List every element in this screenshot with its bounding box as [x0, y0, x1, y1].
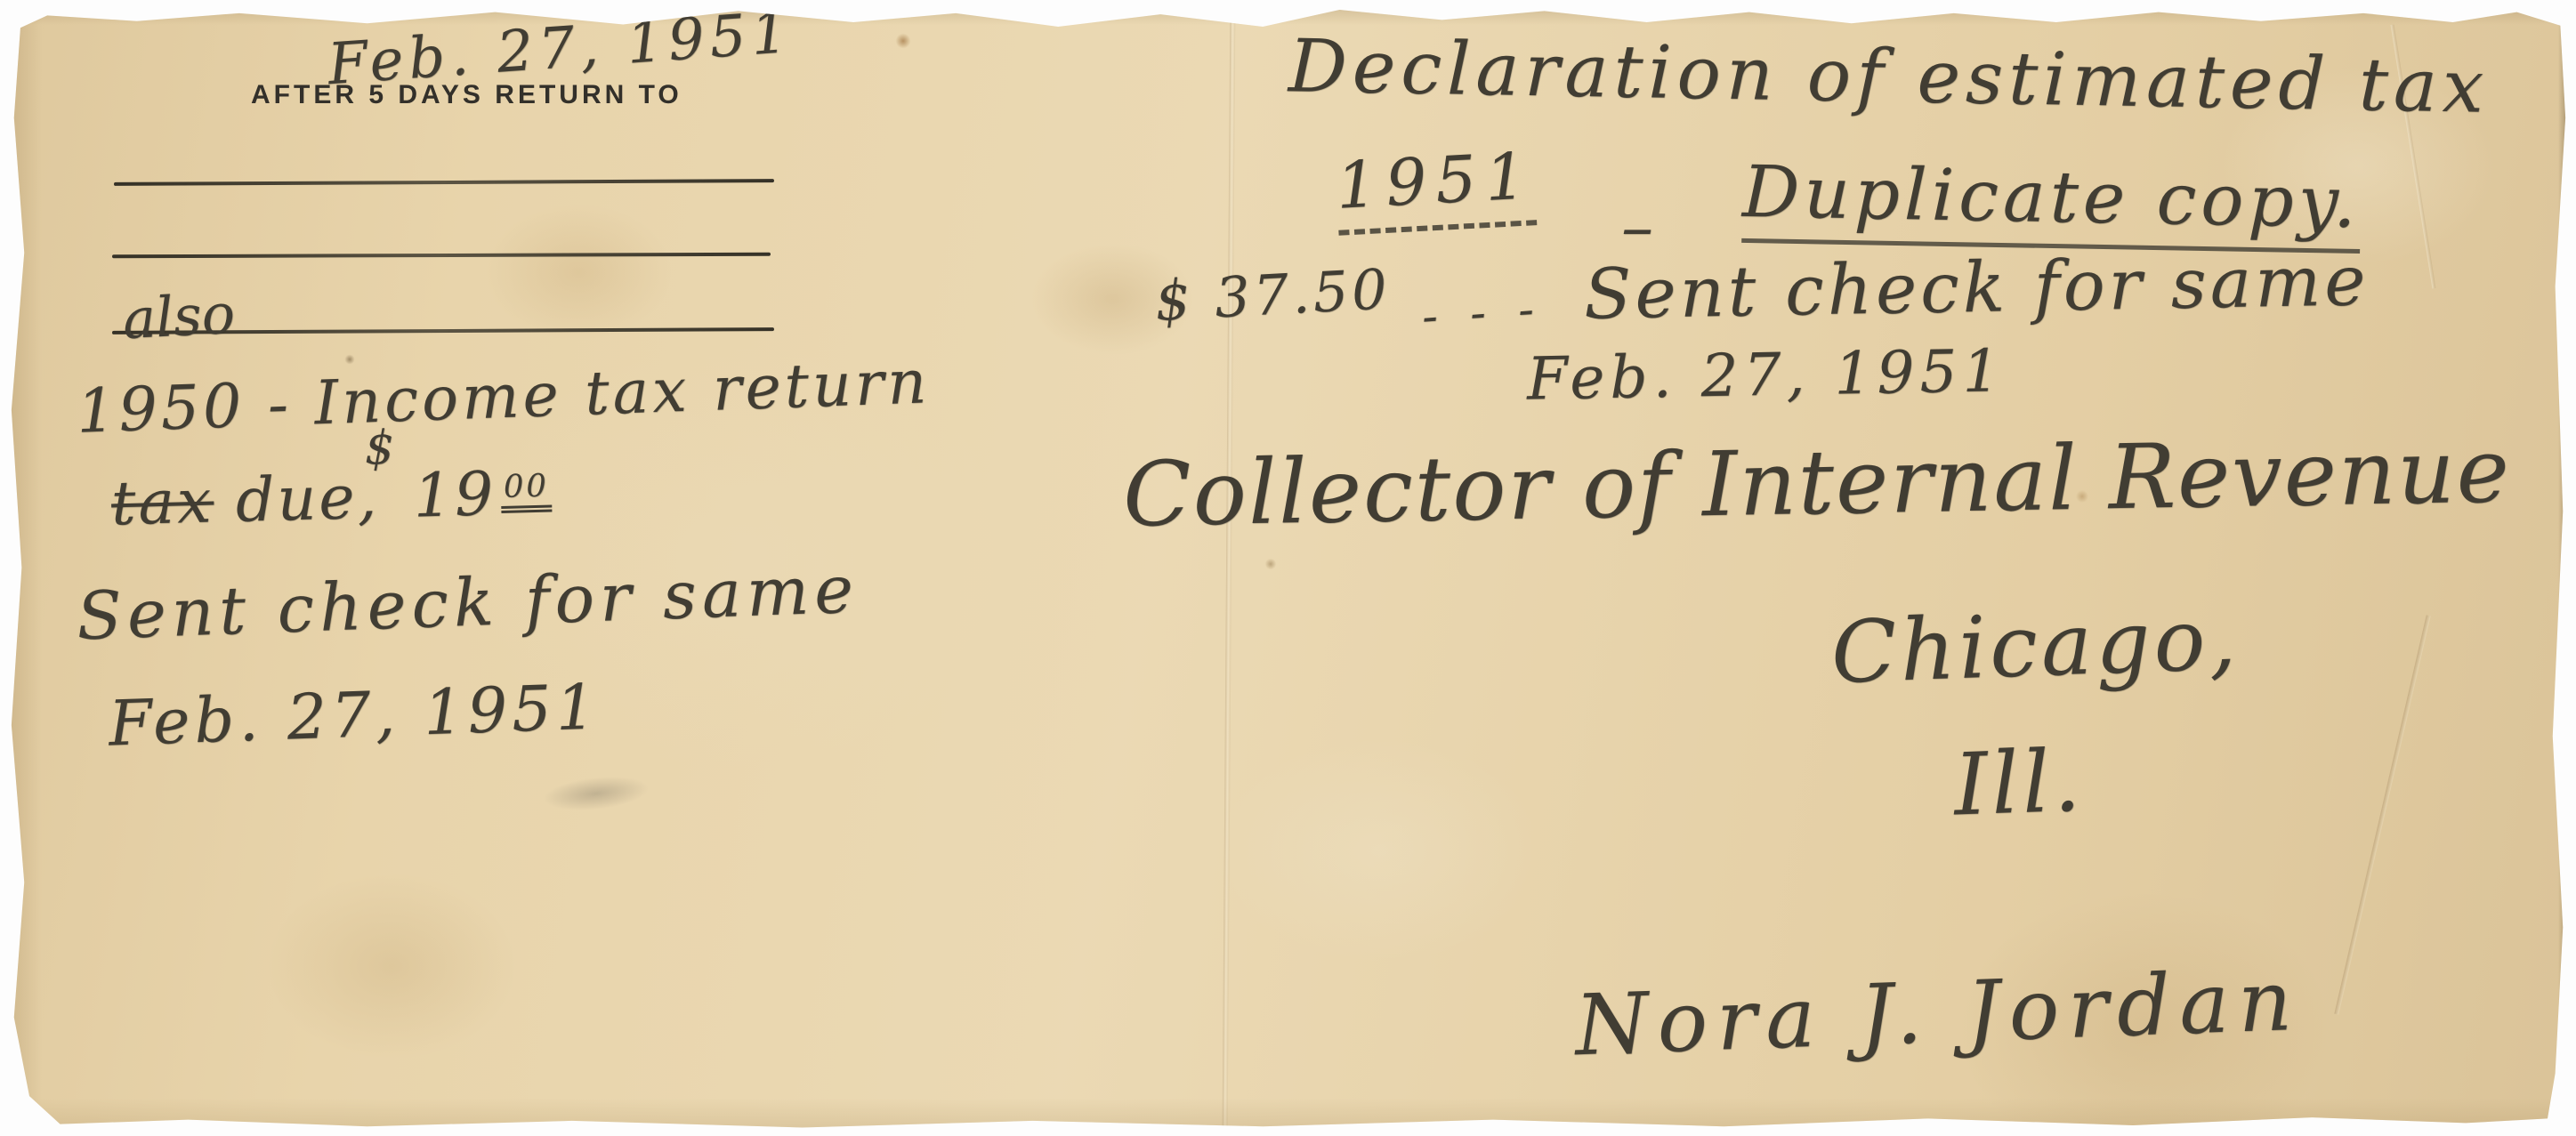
scan-background: Feb. 27, 1951 AFTER 5 DAYS RETURN TO als…	[0, 0, 2576, 1136]
handwritten-sent-check-right: Sent check for same	[1583, 244, 2370, 334]
address-blank-line-1	[114, 179, 774, 186]
amount-cents: 00	[500, 469, 552, 513]
handwritten-income-tax-line: 1950 - Income tax return	[76, 350, 931, 446]
envelope: Feb. 27, 1951 AFTER 5 DAYS RETURN TO als…	[9, 5, 2568, 1130]
diagonal-fold-crease	[2334, 615, 2430, 1014]
left-edge-shadow	[9, 5, 50, 1130]
handwritten-duplicate-copy: Duplicate copy.	[1741, 153, 2361, 254]
struck-word-tax: tax	[110, 466, 214, 539]
handwritten-signature: Nora J. Jordan	[1573, 955, 2302, 1073]
dash-trail: - - -	[1420, 284, 1544, 343]
handwritten-city: Chicago,	[1829, 592, 2241, 701]
word-due: due,	[235, 463, 380, 536]
handwritten-declaration-line: Declaration of estimated tax	[1288, 27, 2490, 128]
bottom-edge-shadow	[9, 1092, 2568, 1130]
handwritten-sent-check-left: Sent check for same	[76, 554, 860, 654]
handwritten-state: Ill.	[1952, 734, 2085, 833]
handwritten-tax-due-line: tax due, 1900	[110, 461, 553, 539]
dash-separator: –	[1621, 192, 1653, 262]
handwritten-also: also	[121, 284, 236, 350]
handwritten-amount-37-50: $ 37.50	[1153, 259, 1392, 332]
right-edge-shadow	[2554, 17, 2568, 1119]
pencil-smudge	[541, 772, 650, 815]
handwritten-date-right: Feb. 27, 1951	[1526, 339, 2006, 412]
handwritten-date-bottom-left: Feb. 27, 1951	[108, 673, 602, 758]
handwritten-year-1951: 1951	[1335, 141, 1538, 236]
address-blank-line-2	[112, 253, 771, 259]
vertical-fold-crease	[1223, 5, 1236, 1130]
printed-return-to-label: AFTER 5 DAYS RETURN TO	[251, 80, 682, 110]
amount-dollars: 19	[413, 459, 497, 531]
handwritten-addressee: Collector of Internal Revenue	[1122, 422, 2512, 544]
